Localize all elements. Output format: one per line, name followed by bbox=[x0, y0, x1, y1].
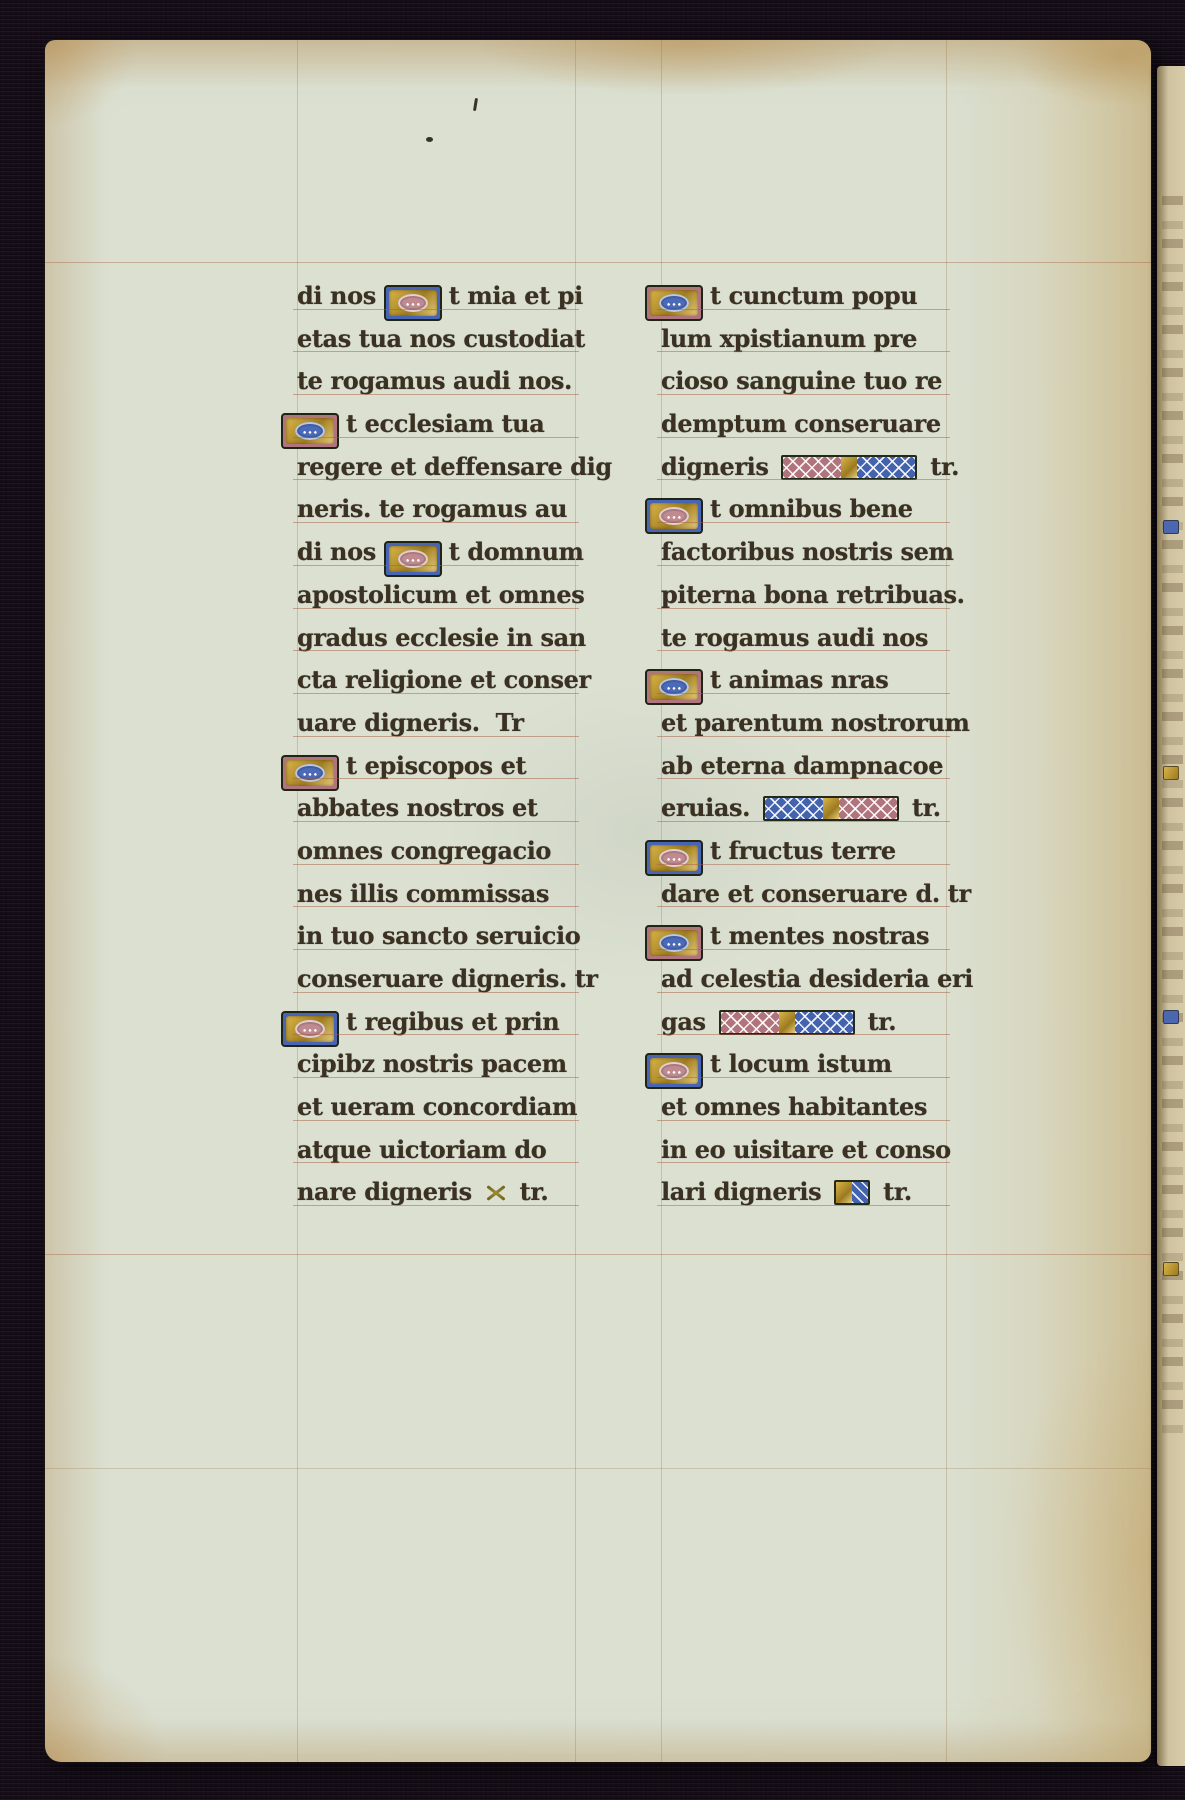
latin-text: t mentes nostras bbox=[710, 921, 929, 950]
text-line: lum xpistianum pre bbox=[661, 318, 948, 361]
text-line: etas tua nos custodiat bbox=[297, 318, 577, 361]
initial-gold-ground bbox=[286, 760, 334, 786]
ink-speck bbox=[426, 137, 433, 142]
latin-text: t regibus et prin bbox=[346, 1007, 559, 1036]
latin-text: etas tua nos custodiat bbox=[297, 324, 585, 353]
text-line: t cunctum popu bbox=[661, 275, 948, 318]
latin-text: ab eterna dampnacoe bbox=[661, 751, 943, 780]
latin-text: lari digneris bbox=[661, 1177, 829, 1206]
latin-text: t fructus terre bbox=[710, 836, 896, 865]
filler-segment-pink bbox=[721, 1012, 779, 1033]
latin-text: t episcopos et bbox=[346, 751, 526, 780]
initial-counter bbox=[659, 849, 689, 867]
latin-text: ad celestia desideria eri bbox=[661, 964, 973, 993]
initial-counter bbox=[295, 422, 325, 440]
initial-counter bbox=[398, 550, 428, 568]
latin-text: di nos bbox=[297, 537, 384, 566]
initial-gold-ground bbox=[650, 290, 698, 316]
initial-gold-ground bbox=[650, 674, 698, 700]
text-line: dare et conseruare d. tr bbox=[661, 873, 948, 916]
adjacent-folio-edge bbox=[1157, 66, 1185, 1766]
filler-segment-gold bbox=[841, 457, 857, 478]
penwork-cross-flourish-icon bbox=[485, 1182, 507, 1204]
text-line: et ueram concordiam bbox=[297, 1086, 577, 1129]
text-line: ab eterna dampnacoe bbox=[661, 745, 948, 788]
ruling-line-top bbox=[45, 262, 1151, 263]
text-line: neris. te rogamus au bbox=[297, 488, 577, 531]
filler-segment-gold bbox=[823, 798, 839, 819]
latin-text: factoribus nostris sem bbox=[661, 537, 954, 566]
text-line: regere et deffensare dig bbox=[297, 446, 577, 489]
illuminated-initial-U bbox=[281, 755, 339, 791]
latin-text: cta religione et conser bbox=[297, 665, 591, 694]
latin-text: in eo uisitare et conso bbox=[661, 1135, 951, 1164]
latin-text: cipibz nostris pacem bbox=[297, 1049, 567, 1078]
manuscript-page: di nos t mia et pietas tua nos custodiat… bbox=[45, 40, 1151, 1762]
line-filler-ornament bbox=[781, 455, 917, 480]
latin-text: di nos bbox=[297, 281, 384, 310]
initial-counter bbox=[659, 1062, 689, 1080]
initial-counter bbox=[295, 764, 325, 782]
text-line: te rogamus audi nos. bbox=[297, 360, 577, 403]
latin-text: tr. bbox=[860, 1007, 897, 1036]
initial-counter bbox=[659, 678, 689, 696]
text-line: eruias. tr. bbox=[661, 787, 948, 830]
filler-segment-gold bbox=[836, 1182, 852, 1203]
text-line: t mentes nostras bbox=[661, 915, 948, 958]
text-line: cipibz nostris pacem bbox=[297, 1043, 577, 1086]
filler-segment-blue bbox=[765, 798, 823, 819]
text-line: cioso sanguine tuo re bbox=[661, 360, 948, 403]
initial-gold-ground bbox=[389, 290, 437, 316]
text-line: factoribus nostris sem bbox=[661, 531, 948, 574]
text-line: uare digneris. Tr bbox=[297, 702, 577, 745]
latin-text: digneris bbox=[661, 452, 776, 481]
initial-gold-ground bbox=[650, 930, 698, 956]
latin-text: in tuo sancto seruicio bbox=[297, 921, 580, 950]
filler-segment-blue-sm bbox=[852, 1182, 868, 1203]
text-line: t ecclesiam tua bbox=[297, 403, 577, 446]
latin-text: gas bbox=[661, 1007, 714, 1036]
text-line: atque uictoriam do bbox=[297, 1129, 577, 1172]
latin-text: cioso sanguine tuo re bbox=[661, 366, 942, 395]
initial-counter bbox=[659, 934, 689, 952]
latin-text: uare digneris. Tr bbox=[297, 708, 524, 737]
illuminated-initial-U bbox=[645, 498, 703, 534]
adjacent-folio-initial-glimpse bbox=[1163, 1010, 1179, 1024]
latin-text: t animas nras bbox=[710, 665, 888, 694]
latin-text: eruias. bbox=[661, 793, 758, 822]
latin-text: lum xpistianum pre bbox=[661, 324, 917, 353]
text-line: t locum istum bbox=[661, 1043, 948, 1086]
latin-text: et ueram concordiam bbox=[297, 1092, 577, 1121]
latin-text: te rogamus audi nos bbox=[661, 623, 928, 652]
text-line: lari digneris tr. bbox=[661, 1171, 948, 1214]
latin-text: omnes congregacio bbox=[297, 836, 551, 865]
text-line: nare digneris tr. bbox=[297, 1171, 577, 1214]
initial-gold-ground bbox=[650, 1058, 698, 1084]
text-line: in tuo sancto seruicio bbox=[297, 915, 577, 958]
adjacent-folio-text-marks bbox=[1162, 196, 1183, 1436]
latin-text: regere et deffensare dig bbox=[297, 452, 612, 481]
initial-gold-ground bbox=[650, 503, 698, 529]
text-line: nes illis commissas bbox=[297, 873, 577, 916]
illuminated-initial-U bbox=[281, 1011, 339, 1047]
text-line: piterna bona retribuas. bbox=[661, 574, 948, 617]
line-filler-ornament bbox=[719, 1010, 855, 1035]
illuminated-initial-U bbox=[384, 285, 442, 321]
latin-text: apostolicum et omnes bbox=[297, 580, 584, 609]
text-line: omnes congregacio bbox=[297, 830, 577, 873]
filler-segment-blue bbox=[795, 1012, 853, 1033]
latin-text: et parentum nostrorum bbox=[661, 708, 970, 737]
text-line: t omnibus bene bbox=[661, 488, 948, 531]
text-line: in eo uisitare et conso bbox=[661, 1129, 948, 1172]
latin-text: t mia et pi bbox=[449, 281, 583, 310]
latin-text: tr. bbox=[922, 452, 959, 481]
latin-text: tr. bbox=[512, 1177, 549, 1206]
illuminated-initial-U bbox=[645, 1053, 703, 1089]
initial-gold-ground bbox=[650, 845, 698, 871]
text-line: t fructus terre bbox=[661, 830, 948, 873]
photograph-background: { "document": { "type": "illuminated-man… bbox=[0, 0, 1185, 1800]
filler-segment-gold bbox=[779, 1012, 795, 1033]
latin-text: gradus ecclesie in san bbox=[297, 623, 586, 652]
text-line: et omnes habitantes bbox=[661, 1086, 948, 1129]
text-line: te rogamus audi nos bbox=[661, 617, 948, 660]
text-line: t regibus et prin bbox=[297, 1001, 577, 1044]
adjacent-folio-initial-glimpse bbox=[1163, 520, 1179, 534]
latin-text: t ecclesiam tua bbox=[346, 409, 544, 438]
ruling-line-bottom bbox=[45, 1254, 1151, 1255]
adjacent-folio-initial-glimpse bbox=[1163, 1262, 1179, 1276]
latin-text: conseruare digneris. tr bbox=[297, 964, 598, 993]
line-filler-ornament bbox=[763, 796, 899, 821]
text-line: gas tr. bbox=[661, 1001, 948, 1044]
initial-counter bbox=[659, 507, 689, 525]
text-column-right: t cunctum populum xpistianum precioso sa… bbox=[661, 275, 948, 1214]
latin-text: nare digneris bbox=[297, 1177, 480, 1206]
latin-text: nes illis commissas bbox=[297, 879, 549, 908]
initial-counter bbox=[295, 1020, 325, 1038]
text-line: di nos t domnum bbox=[297, 531, 577, 574]
text-line: t animas nras bbox=[661, 659, 948, 702]
latin-text: t domnum bbox=[449, 537, 584, 566]
ruling-line-lower bbox=[45, 1468, 1151, 1469]
adjacent-folio-initial-glimpse bbox=[1163, 766, 1179, 780]
illuminated-initial-U bbox=[645, 840, 703, 876]
filler-segment-pink bbox=[783, 457, 841, 478]
latin-text: et omnes habitantes bbox=[661, 1092, 927, 1121]
latin-text: tr. bbox=[875, 1177, 912, 1206]
latin-text: neris. te rogamus au bbox=[297, 494, 567, 523]
text-line: demptum conseruare bbox=[661, 403, 948, 446]
initial-counter bbox=[398, 294, 428, 312]
text-line: apostolicum et omnes bbox=[297, 574, 577, 617]
text-line: conseruare digneris. tr bbox=[297, 958, 577, 1001]
latin-text: dare et conseruare d. tr bbox=[661, 879, 971, 908]
text-line: digneris tr. bbox=[661, 446, 948, 489]
initial-gold-ground bbox=[389, 546, 437, 572]
illuminated-initial-U bbox=[645, 285, 703, 321]
latin-text: t omnibus bene bbox=[710, 494, 913, 523]
text-line: gradus ecclesie in san bbox=[297, 617, 577, 660]
illuminated-initial-U bbox=[645, 925, 703, 961]
latin-text: piterna bona retribuas. bbox=[661, 580, 965, 609]
illuminated-initial-U bbox=[645, 669, 703, 705]
initial-gold-ground bbox=[286, 1016, 334, 1042]
illuminated-initial-U bbox=[281, 413, 339, 449]
filler-segment-blue bbox=[857, 457, 915, 478]
latin-text: t locum istum bbox=[710, 1049, 892, 1078]
latin-text: te rogamus audi nos. bbox=[297, 366, 572, 395]
illuminated-initial-U bbox=[384, 541, 442, 577]
latin-text: t cunctum popu bbox=[710, 281, 917, 310]
initial-counter bbox=[659, 294, 689, 312]
text-line: cta religione et conser bbox=[297, 659, 577, 702]
ink-speck bbox=[473, 98, 478, 111]
filler-segment-pink bbox=[839, 798, 897, 819]
initial-gold-ground bbox=[286, 418, 334, 444]
text-line: ad celestia desideria eri bbox=[661, 958, 948, 1001]
latin-text: demptum conseruare bbox=[661, 409, 941, 438]
line-filler-ornament bbox=[834, 1180, 870, 1205]
latin-text: abbates nostros et bbox=[297, 793, 538, 822]
text-column-left: di nos t mia et pietas tua nos custodiat… bbox=[297, 275, 577, 1214]
text-line: t episcopos et bbox=[297, 745, 577, 788]
text-line: et parentum nostrorum bbox=[661, 702, 948, 745]
latin-text: atque uictoriam do bbox=[297, 1135, 546, 1164]
text-line: abbates nostros et bbox=[297, 787, 577, 830]
latin-text: tr. bbox=[904, 793, 941, 822]
text-line: di nos t mia et pi bbox=[297, 275, 577, 318]
